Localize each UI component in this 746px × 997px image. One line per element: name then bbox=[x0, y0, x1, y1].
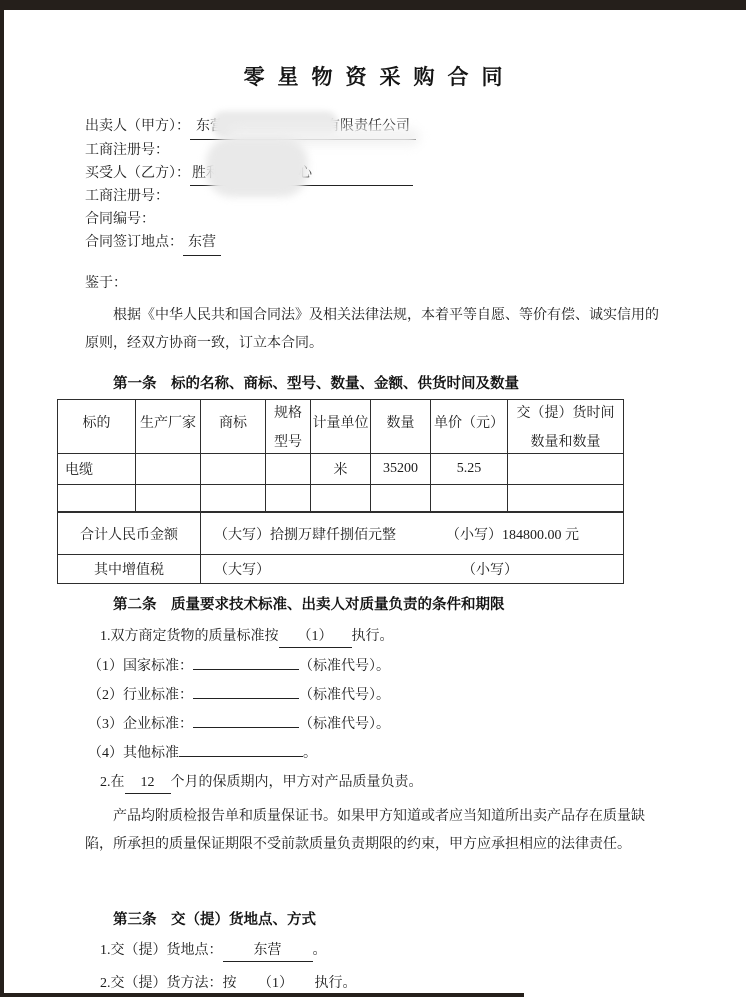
vat-words: （大写） bbox=[201, 559, 462, 579]
delivery-place-blank: 东营 bbox=[223, 941, 313, 962]
vat-value: （大写）（小写） bbox=[201, 554, 624, 583]
cell-brand bbox=[201, 484, 266, 512]
clause-text: （3）企业标准： bbox=[88, 717, 193, 732]
header-quantity: 数量 bbox=[371, 399, 431, 453]
total-amount-figures: （小写）184800.00 元 bbox=[446, 528, 579, 543]
national-standard-line: （1）国家标准：（标准代号）。 bbox=[88, 657, 660, 677]
reg-label-1: 工商注册号： bbox=[85, 143, 169, 158]
table-header-row: 标的 生产厂家 商标 规格型号 计量单位 数量 单价（元） 交（提）货时间数量和… bbox=[58, 399, 624, 453]
contract-no-label: 合同编号： bbox=[85, 212, 155, 227]
sign-place-line: 合同签订地点：东营 bbox=[85, 232, 746, 256]
cell-quantity bbox=[371, 484, 431, 512]
scan-frame-bottom bbox=[0, 993, 524, 997]
clause-text: 执行。 bbox=[315, 976, 357, 991]
reg-label-2: 工商注册号： bbox=[85, 189, 169, 204]
table-row: 电缆 米 35200 5.25 bbox=[58, 453, 624, 484]
standard-choice-blank: （1） bbox=[279, 627, 352, 648]
industry-standard-line: （2）行业标准：（标准代号）。 bbox=[88, 686, 660, 706]
cell-unit-price: 5.25 bbox=[431, 453, 508, 484]
header-spec: 规格型号 bbox=[266, 399, 311, 453]
warranty-clause: 2.在12个月的保质期内，甲方对产品质量负责。 bbox=[100, 773, 660, 794]
table-row bbox=[58, 484, 624, 512]
cell-delivery bbox=[508, 484, 624, 512]
quality-guarantee-paragraph: 产品均附质检报告单和质量保证书。如果甲方知道或者应当知道所出卖产品存在质量缺陷，… bbox=[85, 803, 660, 860]
header-brand: 商标 bbox=[201, 399, 266, 453]
clause-text: （2）行业标准： bbox=[88, 688, 193, 703]
total-amount-words: （大写）拾捌万肆仟捌佰元整 bbox=[201, 524, 446, 544]
scan-frame-left bbox=[0, 0, 4, 997]
cell-subject bbox=[58, 484, 136, 512]
total-amount-value: （大写）拾捌万肆仟捌佰元整（小写）184800.00 元 bbox=[201, 512, 624, 554]
clause-text: （1）国家标准： bbox=[88, 659, 193, 674]
other-standard-line: （4）其他标准。 bbox=[88, 744, 660, 764]
goods-table: 标的 生产厂家 商标 规格型号 计量单位 数量 单价（元） 交（提）货时间数量和… bbox=[57, 399, 624, 584]
cell-unit-price bbox=[431, 484, 508, 512]
buyer-reg-line: 工商注册号： bbox=[85, 186, 746, 209]
total-amount-label: 合计人民币金额 bbox=[58, 512, 201, 554]
cell-quantity: 35200 bbox=[371, 453, 431, 484]
clause-text: 2.在 bbox=[100, 775, 125, 790]
header-subject: 标的 bbox=[58, 399, 136, 453]
contract-no-line: 合同编号： bbox=[85, 209, 746, 232]
cell-unit: 米 bbox=[311, 453, 371, 484]
section1-heading: 第一条 标的名称、商标、型号、数量、金额、供货时间及数量 bbox=[113, 372, 746, 393]
clause-text: 1.双方商定货物的质量标准按 bbox=[100, 629, 279, 644]
scan-frame-top bbox=[0, 0, 746, 10]
clause-text: 1.交（提）货地点： bbox=[100, 943, 223, 958]
cell-manufacturer bbox=[136, 484, 201, 512]
clause-text: （4）其他标准 bbox=[88, 746, 179, 761]
section2-heading: 第二条 质量要求技术标准、出卖人对质量负责的条件和期限 bbox=[113, 593, 746, 614]
clause-text: 2.交（提）货方法：按 bbox=[100, 976, 237, 991]
total-amount-row: 合计人民币金额 （大写）拾捌万肆仟捌佰元整（小写）184800.00 元 bbox=[58, 512, 624, 554]
whereas-label: 鉴于： bbox=[85, 272, 746, 295]
vat-row: 其中增值税 （大写）（小写） bbox=[58, 554, 624, 583]
preamble-paragraph: 根据《中华人民共和国合同法》及相关法律法规，本着平等自愿、等价有偿、诚实信用的原… bbox=[85, 302, 660, 359]
enterprise-standard-line: （3）企业标准：（标准代号）。 bbox=[88, 715, 660, 735]
buyer-line: 买受人（乙方）：胜利中心 bbox=[85, 163, 746, 187]
clause-text: （标准代号）。 bbox=[299, 688, 390, 703]
redaction-blur bbox=[206, 137, 308, 197]
cell-subject: 电缆 bbox=[58, 453, 136, 484]
section3-heading: 第三条 交（提）货地点、方式 bbox=[113, 908, 746, 929]
national-standard-blank bbox=[193, 669, 299, 670]
other-standard-blank bbox=[179, 756, 303, 757]
clause-text: 执行。 bbox=[352, 629, 394, 644]
vat-label: 其中增值税 bbox=[58, 554, 201, 583]
contract-title: 零星物资采购合同 bbox=[0, 64, 746, 90]
enterprise-standard-blank bbox=[193, 727, 299, 728]
cell-unit bbox=[311, 484, 371, 512]
clause-text: 。 bbox=[303, 746, 317, 761]
quality-standard-clause: 1.双方商定货物的质量标准按（1）执行。 bbox=[100, 627, 660, 648]
clause-text: 个月的保质期内，甲方对产品质量负责。 bbox=[171, 775, 423, 790]
clause-text: （标准代号）。 bbox=[299, 659, 390, 674]
vat-figures: （小写） bbox=[462, 563, 518, 578]
cell-brand bbox=[201, 453, 266, 484]
clause-text: 。 bbox=[313, 943, 327, 958]
delivery-method-clause: 2.交（提）货方法：按（1）执行。 bbox=[100, 974, 660, 995]
buyer-label: 买受人（乙方）： bbox=[85, 166, 190, 181]
delivery-place-clause: 1.交（提）货地点：东营。 bbox=[100, 941, 660, 962]
warranty-months-blank: 12 bbox=[125, 773, 171, 794]
header-delivery: 交（提）货时间数量和数量 bbox=[508, 399, 624, 453]
header-unit-price: 单价（元） bbox=[431, 399, 508, 453]
delivery-method-blank: （1） bbox=[237, 974, 315, 995]
clause-text: （标准代号）。 bbox=[299, 717, 390, 732]
sign-place-label: 合同签订地点： bbox=[85, 235, 183, 250]
sign-place-value: 东营 bbox=[183, 232, 221, 256]
cell-manufacturer bbox=[136, 453, 201, 484]
seller-label: 出卖人（甲方）： bbox=[85, 119, 190, 134]
header-unit: 计量单位 bbox=[311, 399, 371, 453]
cell-delivery bbox=[508, 453, 624, 484]
cell-spec bbox=[266, 453, 311, 484]
contract-page: 零星物资采购合同 出卖人（甲方）：东营有限责任公司 工商注册号： 买受人（乙方）… bbox=[0, 0, 746, 997]
cell-spec bbox=[266, 484, 311, 512]
header-manufacturer: 生产厂家 bbox=[136, 399, 201, 453]
industry-standard-blank bbox=[193, 698, 299, 699]
